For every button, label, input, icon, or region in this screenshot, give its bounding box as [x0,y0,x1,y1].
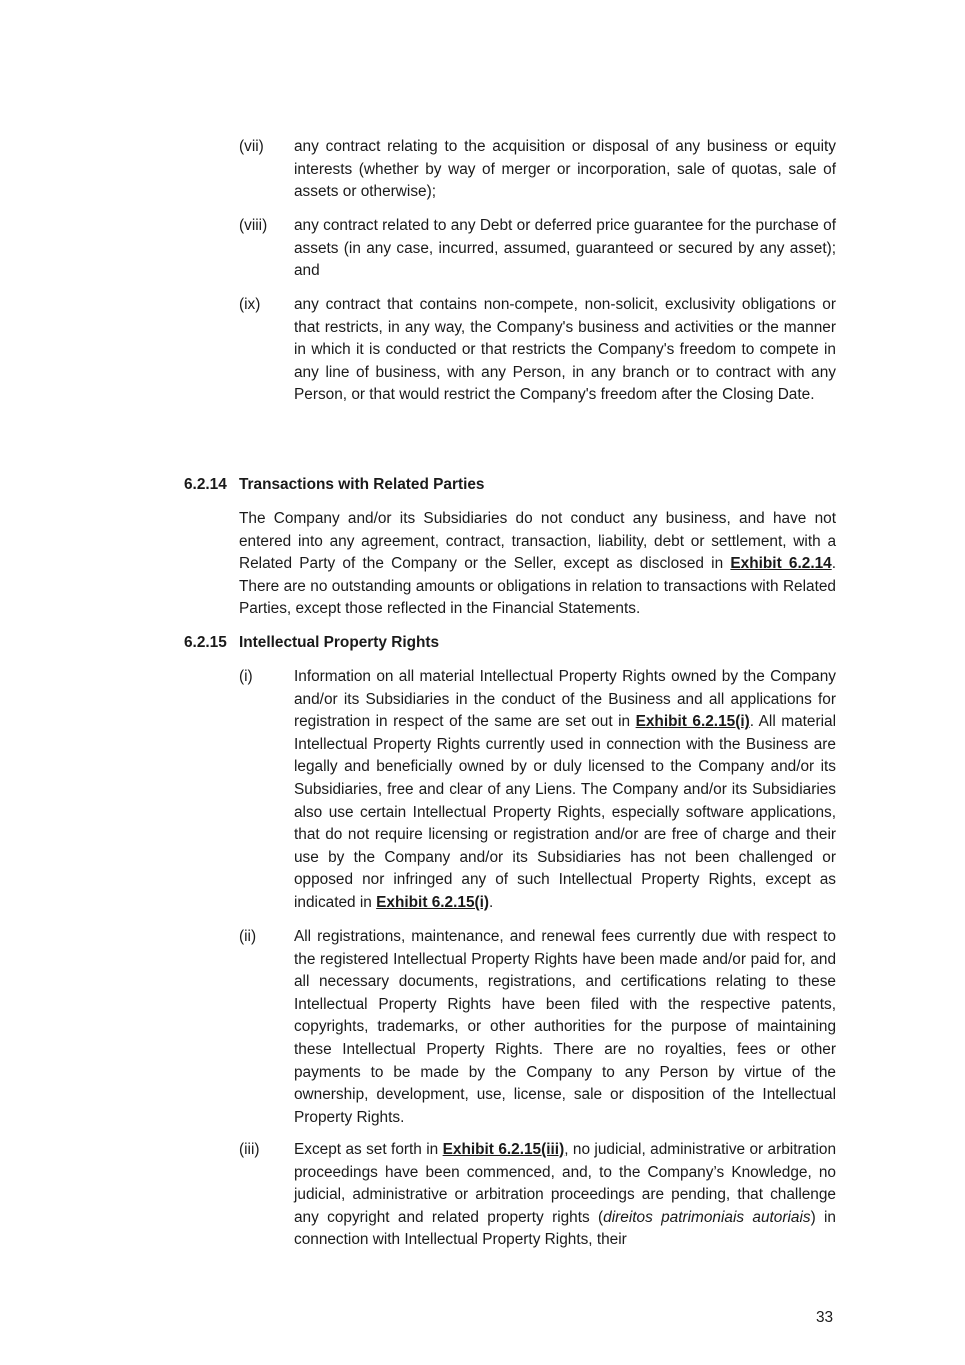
list-marker: (iii) [239,1139,260,1162]
page-number: 33 [816,1307,833,1329]
exhibit-reference: Exhibit 6.2.14 [730,555,831,572]
body-text: . [489,894,493,911]
list-marker: (ix) [239,294,260,317]
list-marker: (ii) [239,926,256,949]
list-item-text: Information on all material Intellectual… [294,666,836,915]
list-item-i: (i) Information on all material Intellec… [239,666,836,915]
section-title: Intellectual Property Rights [239,634,439,651]
body-text: Except as set forth in [294,1141,443,1158]
section-heading-6-2-15: 6.2.15Intellectual Property Rights [184,632,439,655]
list-item-text: any contract related to any Debt or defe… [294,215,836,283]
body-text: . All material Intellectual Property Rig… [294,713,836,911]
exhibit-reference: Exhibit 6.2.15(iii) [443,1141,565,1158]
list-item-text: any contract relating to the acquisition… [294,136,836,204]
list-item-vii: (vii) any contract relating to the acqui… [239,136,836,204]
section-number: 6.2.14 [184,474,239,497]
exhibit-reference: Exhibit 6.2.15(i) [636,713,750,730]
list-marker: (i) [239,666,253,689]
list-item-viii: (viii) any contract related to any Debt … [239,215,836,283]
list-item-ix: (ix) any contract that contains non-comp… [239,294,836,407]
list-item-text: Except as set forth in Exhibit 6.2.15(ii… [294,1139,836,1252]
document-page: (vii) any contract relating to the acqui… [0,0,965,1365]
list-item-text: All registrations, maintenance, and rene… [294,926,836,1129]
section-title: Transactions with Related Parties [239,476,484,493]
italic-term: direitos patrimoniais autoriais [603,1209,810,1226]
list-marker: (viii) [239,215,267,238]
list-item-iii: (iii) Except as set forth in Exhibit 6.2… [239,1139,836,1252]
list-item-text: any contract that contains non-compete, … [294,294,836,407]
list-item-ii: (ii) All registrations, maintenance, and… [239,926,836,1129]
section-6-2-14-body: The Company and/or its Subsidiaries do n… [239,508,836,621]
section-number: 6.2.15 [184,632,239,655]
section-heading-6-2-14: 6.2.14Transactions with Related Parties [184,474,484,497]
exhibit-reference: Exhibit 6.2.15(i) [376,894,489,911]
list-marker: (vii) [239,136,264,159]
